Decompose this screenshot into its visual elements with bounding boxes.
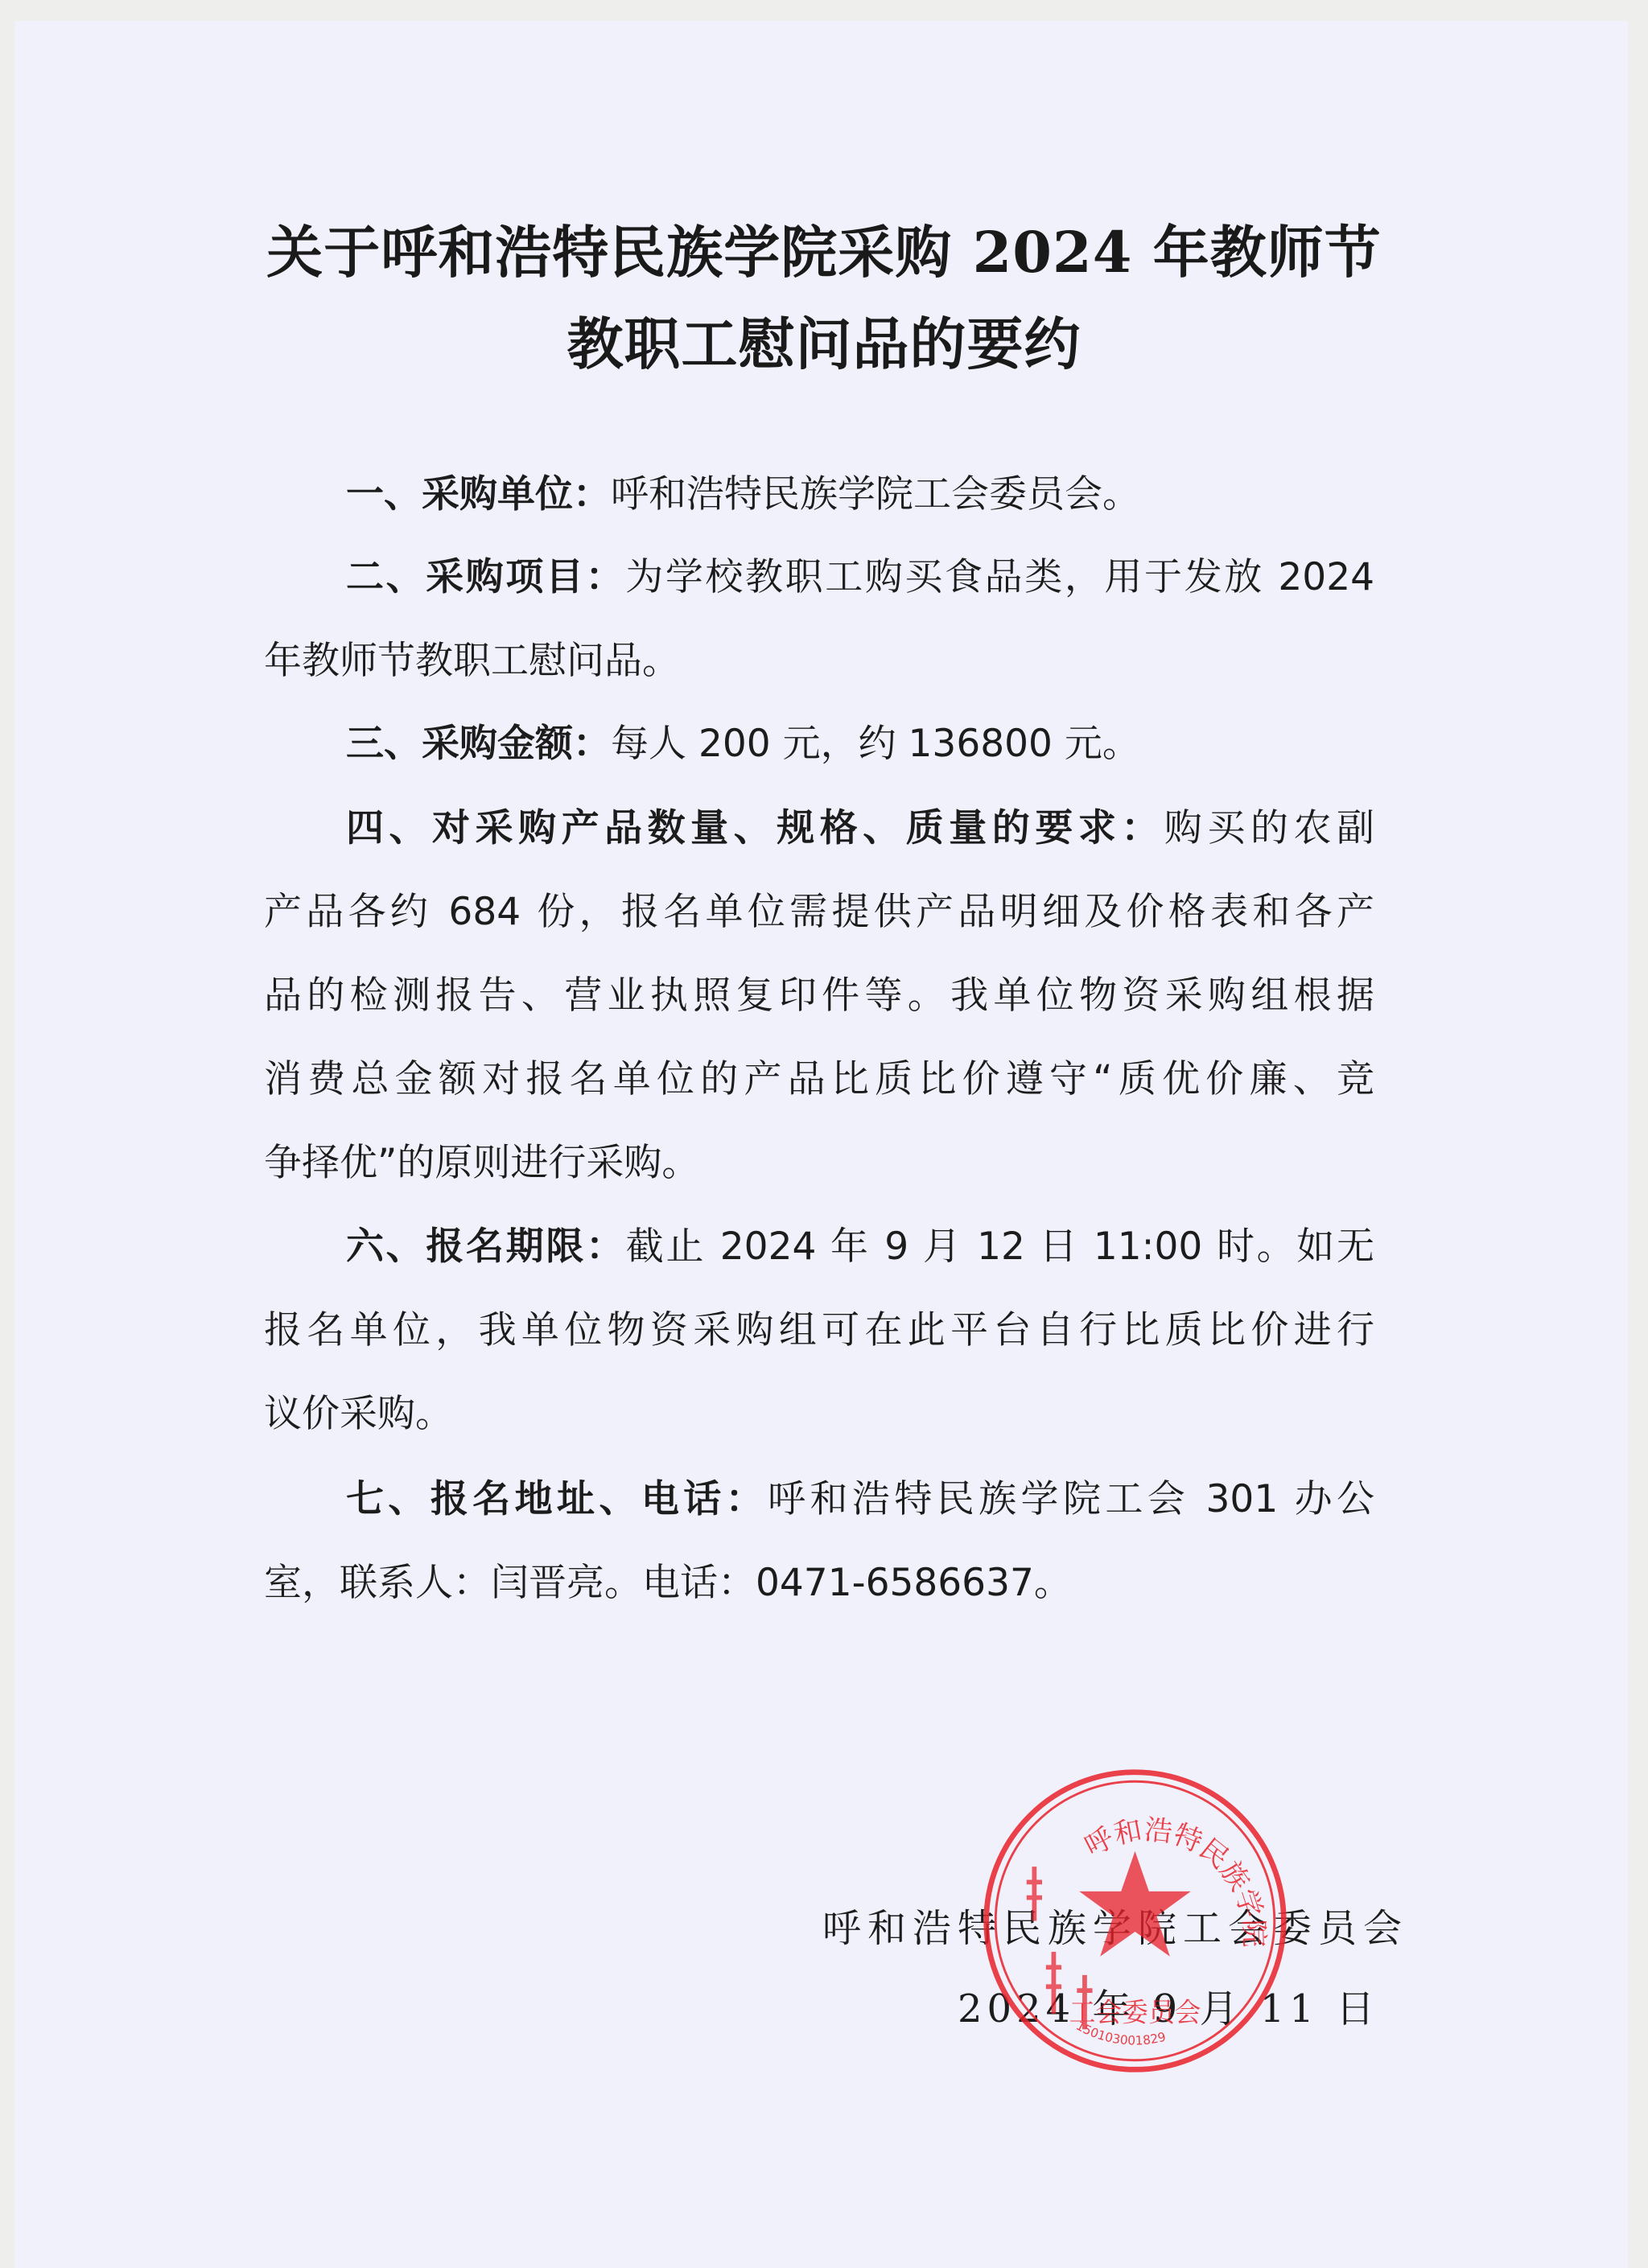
section-4-line-4: 消费总金额对报名单位的产品比质比价遵守“质优价廉、竞	[264, 1056, 1374, 1104]
section-7-heading: 七、报名地址、电话：	[346, 1477, 768, 1521]
section-7-line-1: 七、报名地址、电话：呼和浩特民族学院工会 301 办公	[346, 1476, 1374, 1524]
section-3: 三、采购金额：每人 200 元，约 136800 元。	[346, 720, 1374, 768]
section-2-line-1: 二、采购项目：为学校教职工购买食品类，用于发放 2024	[346, 554, 1374, 602]
section-2-heading: 二、采购项目：	[346, 555, 625, 599]
section-6-line-2: 报名单位，我单位物资采购组可在此平台自行比质比价进行	[264, 1307, 1374, 1355]
section-7-line-2: 室，联系人：闫晋亮。电话：0471-6586637。	[264, 1559, 1374, 1607]
section-4-heading: 四、对采购产品数量、规格、质量的要求：	[346, 806, 1164, 850]
section-6-heading: 六、报名期限：	[346, 1225, 626, 1269]
signature-date: 2024 年 9 月 11 日	[958, 1978, 1379, 2033]
section-1: 一、采购单位：呼和浩特民族学院工会委员会。	[346, 471, 1374, 519]
section-6-line-1: 六、报名期限：截止 2024 年 9 月 12 日 11:00 时。如无	[346, 1223, 1374, 1271]
section-4-line-5: 争择优”的原则进行采购。	[264, 1139, 1374, 1188]
section-1-heading: 一、采购单位：	[346, 472, 611, 517]
section-4-line-3: 品的检测报告、营业执照复印件等。我单位物资采购组根据	[264, 972, 1374, 1020]
section-4-line-2: 产品各约 684 份，报名单位需提供产品明细及价格表和各产	[264, 888, 1374, 936]
signature-organization: 呼和浩特民族学院工会委员会	[822, 1897, 1408, 1953]
section-2-line-2: 年教师节教职工慰问品。	[264, 637, 1374, 685]
title-line-2: 教职工慰问品的要约	[0, 299, 1648, 381]
title-line-1: 关于呼和浩特民族学院采购 2024 年教师节	[0, 208, 1648, 289]
section-6-line-3: 议价采购。	[264, 1390, 1374, 1439]
section-4-line-1: 四、对采购产品数量、规格、质量的要求：购买的农副	[346, 805, 1374, 853]
section-1-text: 呼和浩特民族学院工会委员会。	[611, 472, 1140, 517]
section-3-heading: 三、采购金额：	[346, 722, 611, 766]
